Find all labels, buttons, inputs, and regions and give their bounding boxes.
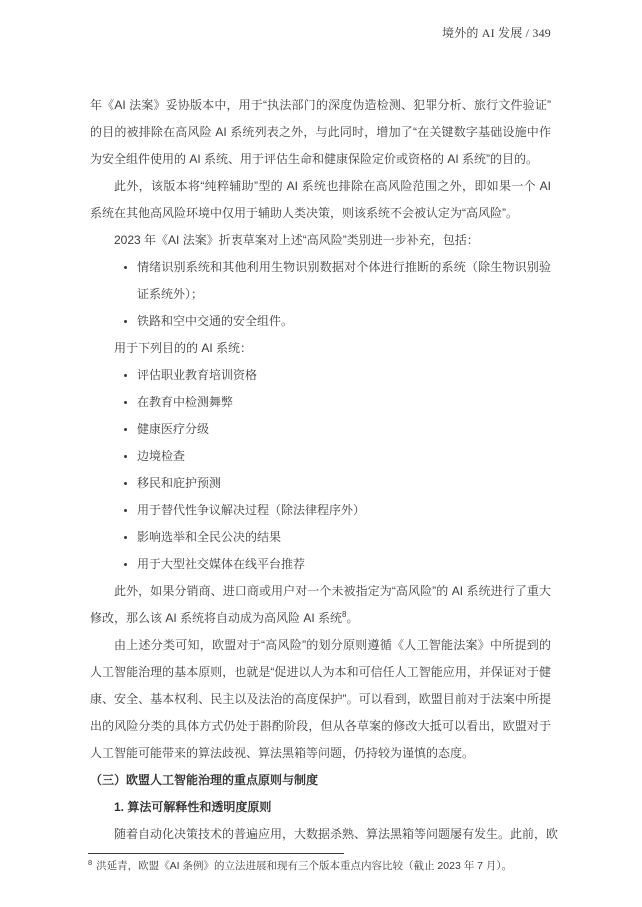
list-item-text: 用于大型社交媒体在线平台推荐 (137, 557, 305, 571)
footnote: 8洪延青，欧盟《AI 条例》的立法进展和现有三个版本重点内容比较（截止 2023… (88, 859, 551, 874)
footnote-marker: 8 (88, 858, 92, 867)
list-item: 评估职业教育培训资格 (123, 362, 551, 389)
section-heading-3: （三）欧盟人工智能治理的重点原则与制度 (90, 767, 551, 794)
list-item-text: 用于替代性争议解决过程（除法律程序外） (137, 503, 365, 517)
paragraph-classification-principle: 由上述分类可知，欧盟对于“高风险”的划分原则遵循《人工智能法案》中所提到的人工智… (90, 632, 551, 767)
footnote-separator-line (88, 853, 344, 854)
page-body: 年《AI 法案》妥协版本中，用于“执法部门的深度伪造检测、犯罪分析、旅行文件验证… (90, 92, 551, 848)
list-item: 在教育中检测舞弊 (123, 389, 551, 416)
bullet-icon (124, 536, 127, 539)
list-item: 影响选举和全民公决的结果 (123, 524, 551, 551)
list-item: 铁路和空中交通的安全组件。 (123, 308, 551, 335)
paragraph-continuation: 年《AI 法案》妥协版本中，用于“执法部门的深度伪造检测、犯罪分析、旅行文件验证… (90, 92, 551, 173)
bullet-icon (124, 563, 127, 566)
paragraph-2023-draft: 2023 年《AI 法案》折衷草案对上述“高风险”类别进一步补充，包括： (90, 227, 551, 254)
list-item-text: 移民和庇护预测 (137, 476, 221, 490)
paragraph-pure-assist: 此外，该版本将“纯粹辅助”型的 AI 系统也排除在高风险范围之外，即如果一个 A… (90, 173, 551, 227)
bullet-icon (124, 320, 127, 323)
list-item-text: 在教育中检测舞弊 (137, 395, 233, 409)
list-item-text: 影响选举和全民公决的结果 (137, 530, 281, 544)
list-item-text: 健康医疗分级 (137, 422, 209, 436)
paragraph-text: 。 (346, 611, 358, 625)
list-item-text: 铁路和空中交通的安全组件。 (137, 314, 293, 328)
list-item: 健康医疗分级 (123, 416, 551, 443)
list-item: 情绪识别系统和其他利用生物识别数据对个体进行推断的系统（除生物识别验证系统外）； (123, 254, 551, 308)
bullet-icon (124, 428, 127, 431)
page-header-running-title: 境外的 AI 发展 / 349 (442, 24, 551, 41)
bullet-icon (124, 482, 127, 485)
bullet-icon (124, 374, 127, 377)
subsection-heading-1: 1. 算法可解释性和透明度原则 (90, 794, 551, 821)
bullet-icon (124, 509, 127, 512)
paragraph-substantial-modification: 此外，如果分销商、进口商或用户对一个未被指定为“高风险”的 AI 系统进行了重大… (90, 578, 551, 632)
paragraph-purposes-intro: 用于下列目的的 AI 系统： (90, 335, 551, 362)
list-item: 移民和庇护预测 (123, 470, 551, 497)
footnote-text: 洪延青，欧盟《AI 条例》的立法进展和现有三个版本重点内容比较（截止 2023 … (96, 860, 512, 872)
list-item: 用于大型社交媒体在线平台推荐 (123, 551, 551, 578)
list-item: 用于替代性争议解决过程（除法律程序外） (123, 497, 551, 524)
bullet-icon (124, 455, 127, 458)
paragraph-text: 此外，如果分销商、进口商或用户对一个未被指定为“高风险”的 AI 系统进行了重大… (90, 584, 551, 625)
list-item-text: 边境检查 (137, 449, 185, 463)
document-page: 境外的 AI 发展 / 349 年《AI 法案》妥协版本中，用于“执法部门的深度… (0, 0, 642, 907)
bullet-list-additions: 情绪识别系统和其他利用生物识别数据对个体进行推断的系统（除生物识别验证系统外）；… (90, 254, 551, 335)
list-item-text: 情绪识别系统和其他利用生物识别数据对个体进行推断的系统（除生物识别验证系统外）； (137, 260, 551, 301)
bullet-icon (124, 401, 127, 404)
bullet-list-purposes: 评估职业教育培训资格 在教育中检测舞弊 健康医疗分级 边境检查 移民和庇护预测 … (90, 362, 551, 578)
paragraph-transparency-intro: 随着自动化决策技术的普遍应用，大数据杀熟、算法黑箱等问题屡有发生。此前，欧 (90, 821, 551, 848)
list-item-text: 评估职业教育培训资格 (137, 368, 257, 382)
list-item: 边境检查 (123, 443, 551, 470)
bullet-icon (124, 266, 127, 269)
